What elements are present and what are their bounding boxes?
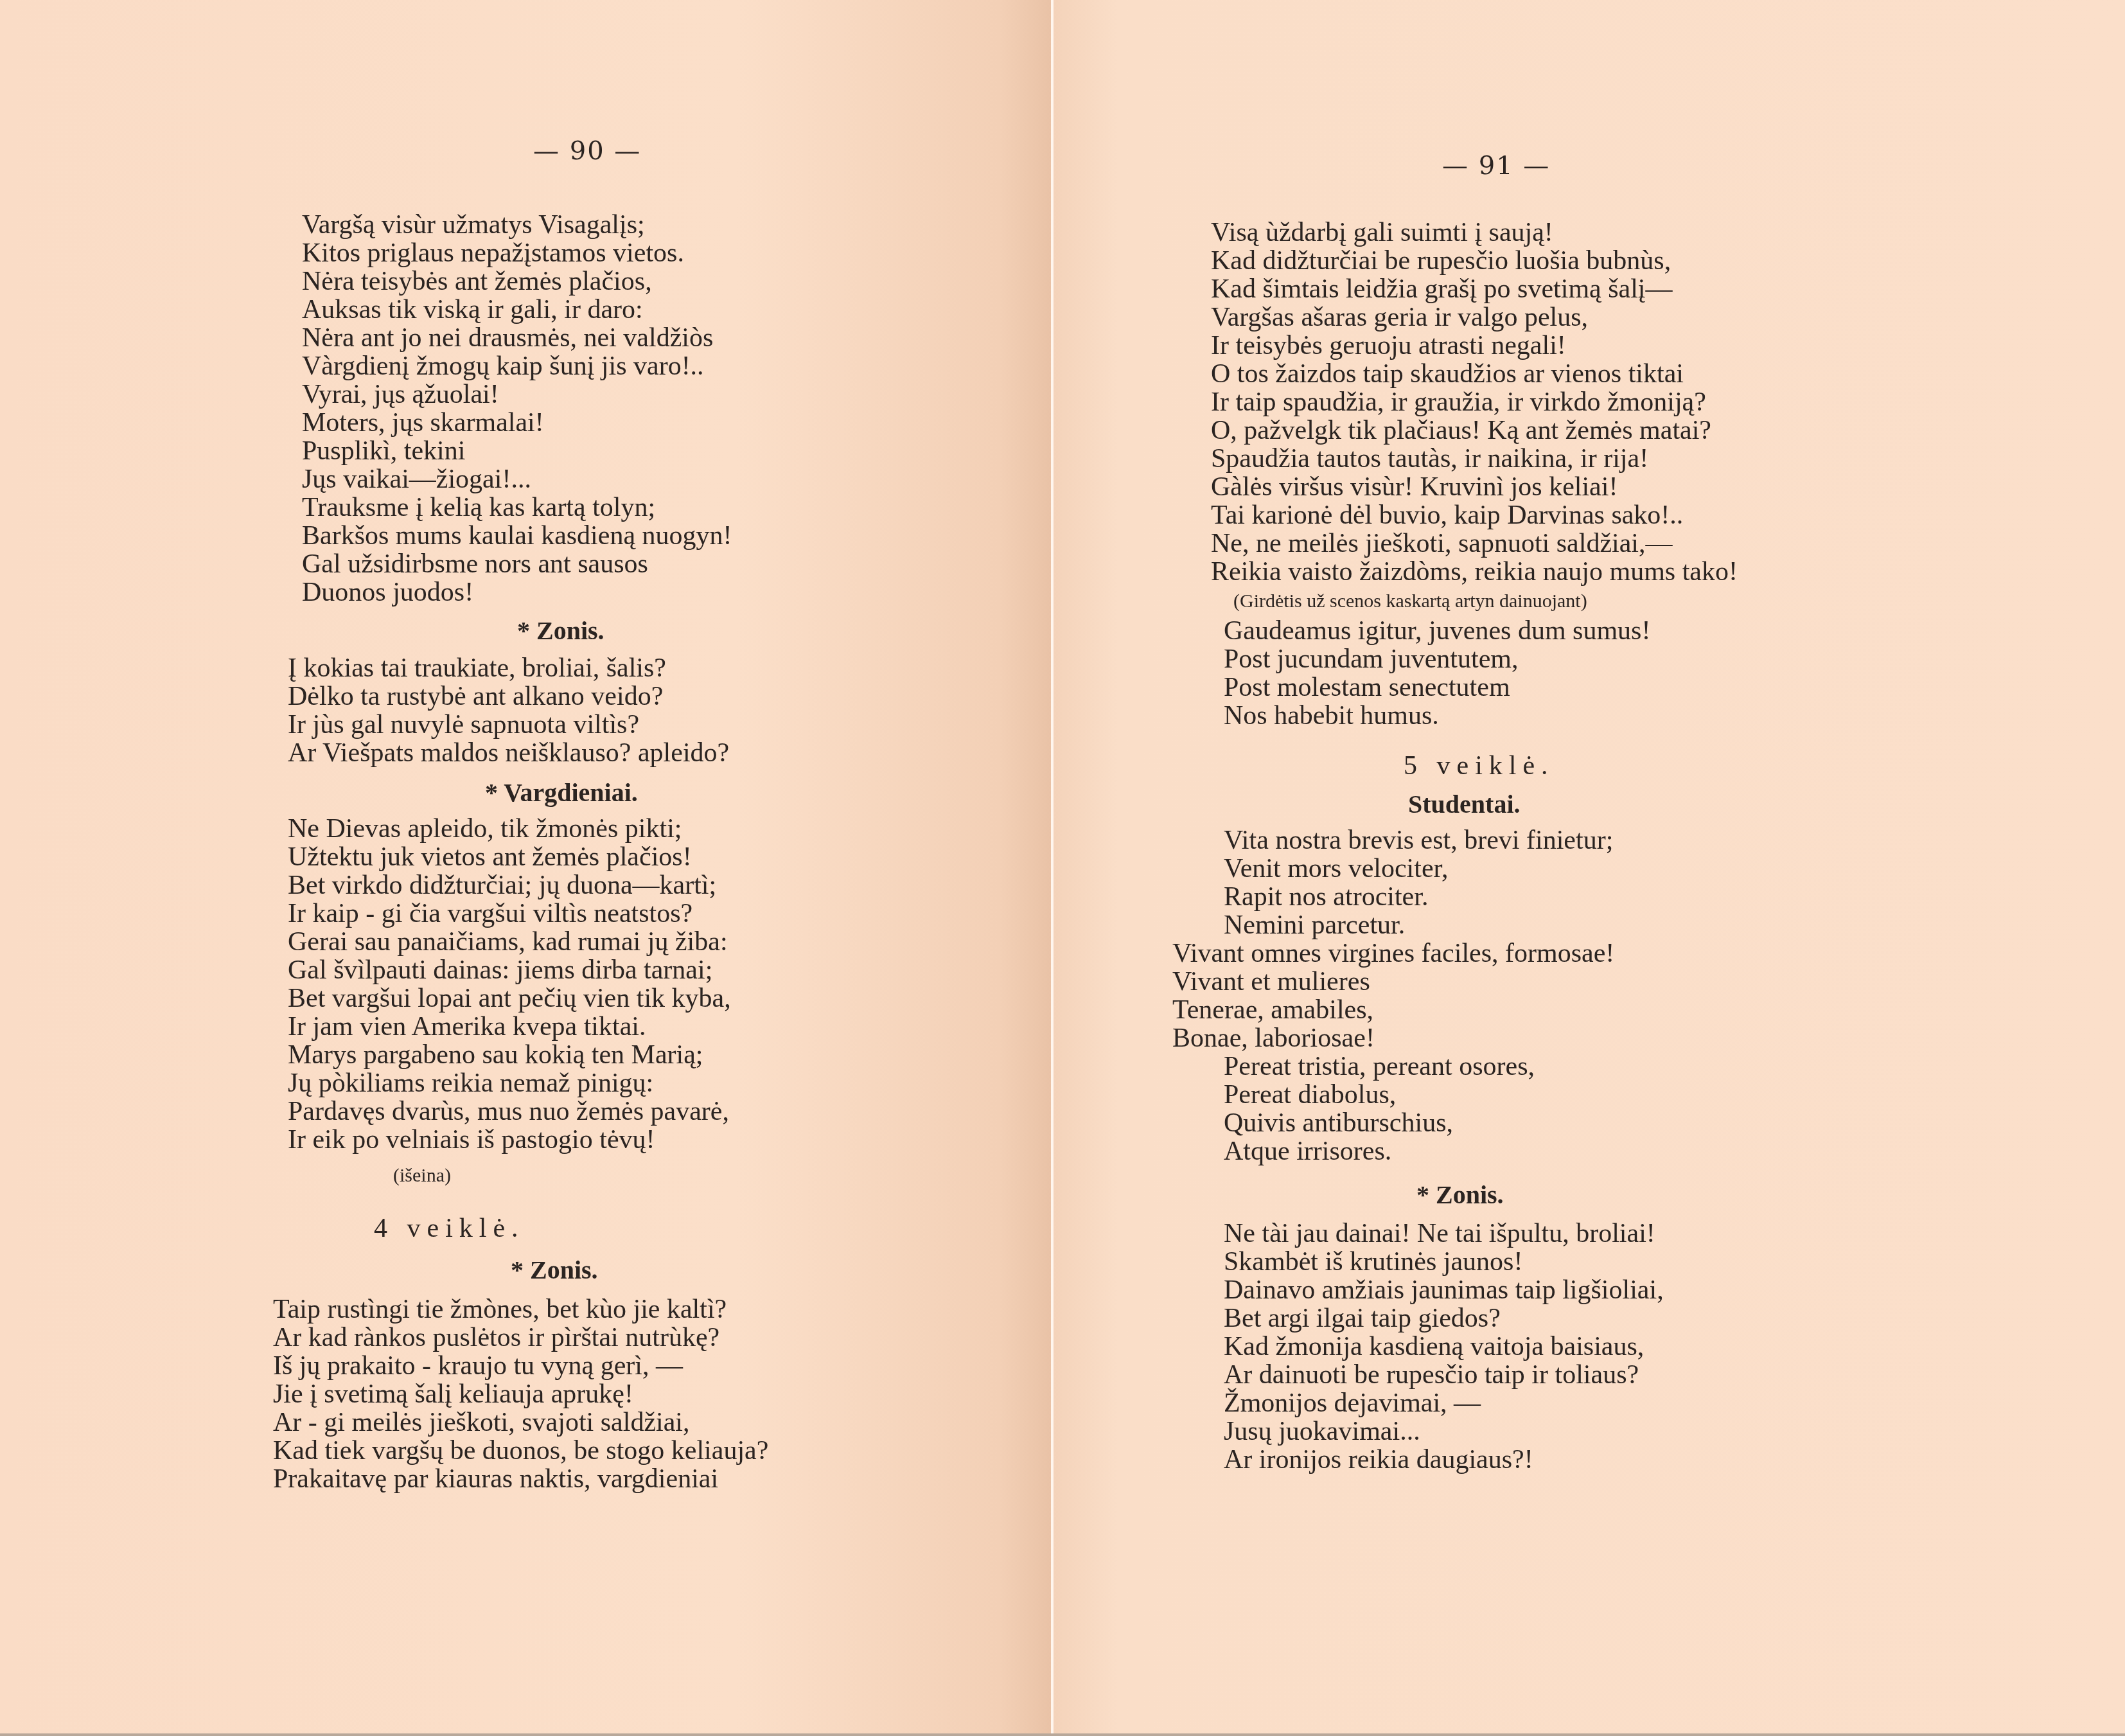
verse-line: Gàlės viršus visùr! Kruvinì jos keliai! — [1211, 473, 1618, 501]
verse-line: Jie į svetimą šalį keliauja aprukę! — [273, 1380, 633, 1408]
verse-line: Moters, jųs skarmalai! — [302, 409, 544, 437]
speaker-heading: * Vargdieniai. — [485, 779, 638, 807]
song-line: Quivis antiburschius, — [1224, 1109, 1453, 1137]
song-line: Vivant omnes virgines faciles, formosae! — [1172, 939, 1614, 968]
speaker-heading: Studentai. — [1408, 790, 1521, 819]
song-line: Post molestam senectutem — [1224, 673, 1510, 702]
page-number-91: — 91 — — [1442, 151, 1550, 181]
verse-line: Ne Dievas apleido, tik žmonės pikti; — [288, 815, 682, 843]
verse-line: Trauksme į kelią kas kartą tolyn; — [302, 493, 655, 522]
verse-line: Bet vargšui lopai ant pečių vien tik kyb… — [288, 984, 731, 1013]
verse-line: Užtektu juk vietos ant žemės plačios! — [288, 843, 692, 871]
verse-line: Kad šimtais leidžia grašį po svetimą šal… — [1211, 275, 1673, 303]
verse-line: Skambėt iš krutinės jaunos! — [1224, 1248, 1522, 1276]
page-number-90: — 90 — — [533, 136, 641, 166]
song-line: Tenerae, amabiles, — [1172, 996, 1373, 1024]
verse-line: Gerai sau panaičiams, kad rumai jų žiba: — [288, 928, 728, 956]
verse-line: Kad didžturčiai be rupesčio luošia bubnù… — [1211, 247, 1671, 275]
speaker-heading: * Zonis. — [517, 617, 604, 645]
verse-line: Prakaitavę par kiauras naktis, vargdieni… — [273, 1465, 718, 1493]
verse-line: O, pažvelgk tik plačiaus! Ką ant žemės m… — [1211, 416, 1711, 445]
act-heading: 5 veiklė. — [1404, 752, 1555, 780]
song-line: Rapit nos atrociter. — [1224, 883, 1428, 911]
song-line: Nos habebit humus. — [1224, 702, 1439, 730]
song-line: Nemini parcetur. — [1224, 911, 1405, 939]
verse-line: O tos žaizdos taip skaudžios ar vienos t… — [1211, 360, 1684, 388]
verse-line: Ir kaip - gi čia vargšui viltìs neatstos… — [288, 899, 692, 928]
verse-line: Taip rustìngi tie žmònes, bet kùo jie ka… — [273, 1295, 727, 1324]
verse-line: Pardavęs dvarùs, mus nuo žemės pavarė, — [288, 1097, 729, 1126]
verse-line: Ne tài jau dainai! Ne tai išpultu, broli… — [1224, 1219, 1655, 1248]
verse-line: Ar - gi meilės jieškoti, svajoti saldžia… — [273, 1408, 690, 1437]
verse-line: Ir taip spaudžia, ir graužia, ir virkdo … — [1211, 388, 1706, 416]
song-line: Bonae, laboriosae! — [1172, 1024, 1375, 1052]
verse-line: Žmonijos dejavimai, — — [1224, 1389, 1481, 1417]
verse-line: Ne, ne meilės jieškoti, sapnuoti saldžia… — [1211, 529, 1673, 558]
verse-line: Dainavo amžiais jaunimas taip ligšioliai… — [1224, 1276, 1664, 1304]
verse-line: Bet virkdo didžturčiai; jų duona—kartì; — [288, 871, 716, 899]
stage-direction: (Girdėtis už scenos kaskartą artyn dainu… — [1233, 587, 1587, 616]
verse-line: Nėra ant jo nei drausmės, nei valdžiòs — [302, 324, 713, 352]
verse-line: Vàrgdienį žmogų kaip šunį jis varo!.. — [302, 352, 704, 380]
verse-line: Jusų juokavimai... — [1224, 1417, 1420, 1446]
verse-line: Visą ùždarbį gali suimti į saują! — [1211, 218, 1553, 247]
song-line: Pereat diabolus, — [1224, 1081, 1396, 1109]
verse-line: Reikia vaisto žaizdòms, reikia naujo mum… — [1211, 558, 1738, 586]
verse-line: Tai karionė dėl buvio, kaip Darvinas sak… — [1211, 501, 1683, 529]
song-line: Pereat tristia, pereant osores, — [1224, 1052, 1535, 1081]
verse-line: Ir jam vien Amerika kvepa tiktai. — [288, 1013, 646, 1041]
act-heading: 4 veiklė. — [374, 1214, 525, 1243]
song-line: Gaudeamus igitur, juvenes dum sumus! — [1224, 617, 1650, 645]
speaker-heading: * Zonis. — [511, 1256, 598, 1284]
verse-line: Kitos priglaus nepažįstamos vietos. — [302, 239, 684, 267]
verse-line: Kad žmonija kasdieną vaitoja baisiaus, — [1224, 1333, 1644, 1361]
verse-line: Jųs vaikai—žiogai!... — [302, 465, 531, 493]
verse-line: Spaudžia tautos tautàs, ir naikina, ir r… — [1211, 445, 1648, 473]
verse-line: Auksas tik viską ir gali, ir daro: — [302, 296, 643, 324]
song-line: Vivant et mulieres — [1172, 968, 1370, 996]
verse-line: Marys pargabeno sau kokią ten Marią; — [288, 1041, 703, 1069]
song-line: Atque irrisores. — [1224, 1137, 1391, 1165]
speaker-heading: * Zonis. — [1416, 1181, 1504, 1209]
verse-line: Gal švìlpauti dainas: jiems dirba tarnai… — [288, 956, 712, 984]
verse-line: Ir teisybės geruoju atrasti negali! — [1211, 332, 1566, 360]
verse-line: Vyrai, jųs ąžuolai! — [302, 380, 499, 409]
verse-line: Duonos juodos! — [302, 578, 473, 607]
verse-line: Iš jų prakaito - kraujo tu vyną gerì, — — [273, 1352, 683, 1380]
verse-line: Ar dainuoti be rupesčio taip ir toliaus? — [1224, 1361, 1639, 1389]
right-page: — 91 — Visą ùždarbį gali suimti į saują!… — [1054, 0, 2125, 1736]
verse-line: Bet argi ilgai taip giedos? — [1224, 1304, 1501, 1333]
verse-line: Dėlko ta rustybė ant alkano veido? — [288, 682, 663, 711]
verse-line: Ar kad rànkos puslėtos ir pìrštai nutrùk… — [273, 1324, 719, 1352]
stage-direction: (išeina) — [393, 1162, 451, 1190]
verse-line: Ir jùs gal nuvylė sapnuota viltìs? — [288, 711, 639, 739]
song-line: Vita nostra brevis est, brevi finietur; — [1224, 826, 1613, 855]
verse-line: Jų pòkiliams reikia nemaž pinigų: — [288, 1069, 653, 1097]
song-line: Venit mors velociter, — [1224, 855, 1448, 883]
verse-line: Pusplikì, tekini — [302, 437, 465, 465]
verse-line: Į kokias tai traukiate, broliai, šalis? — [288, 654, 666, 682]
verse-line: Ar ironijos reikia daugiaus?! — [1224, 1446, 1533, 1474]
verse-line: Vargšą visùr užmatys Visagalįs; — [302, 211, 645, 239]
page-bottom-edge — [0, 1733, 2125, 1736]
verse-line: Gal užsidirbsme nors ant sausos — [302, 550, 648, 578]
verse-line: Ar Viešpats maldos neišklauso? apleido? — [288, 739, 729, 767]
song-line: Post jucundam juventutem, — [1224, 645, 1518, 673]
verse-line: Kad tiek vargšų be duonos, be stogo keli… — [273, 1437, 768, 1465]
verse-line: Ir eik po velniais iš pastogio tėvų! — [288, 1126, 655, 1154]
left-page: — 90 — Vargšą visùr užmatys Visagalįs; K… — [0, 0, 1052, 1736]
verse-line: Nėra teisybės ant žemės plačios, — [302, 267, 652, 296]
verse-line: Vargšas ašaras geria ir valgo pelus, — [1211, 303, 1588, 332]
verse-line: Barkšos mums kaulai kasdieną nuogyn! — [302, 522, 732, 550]
